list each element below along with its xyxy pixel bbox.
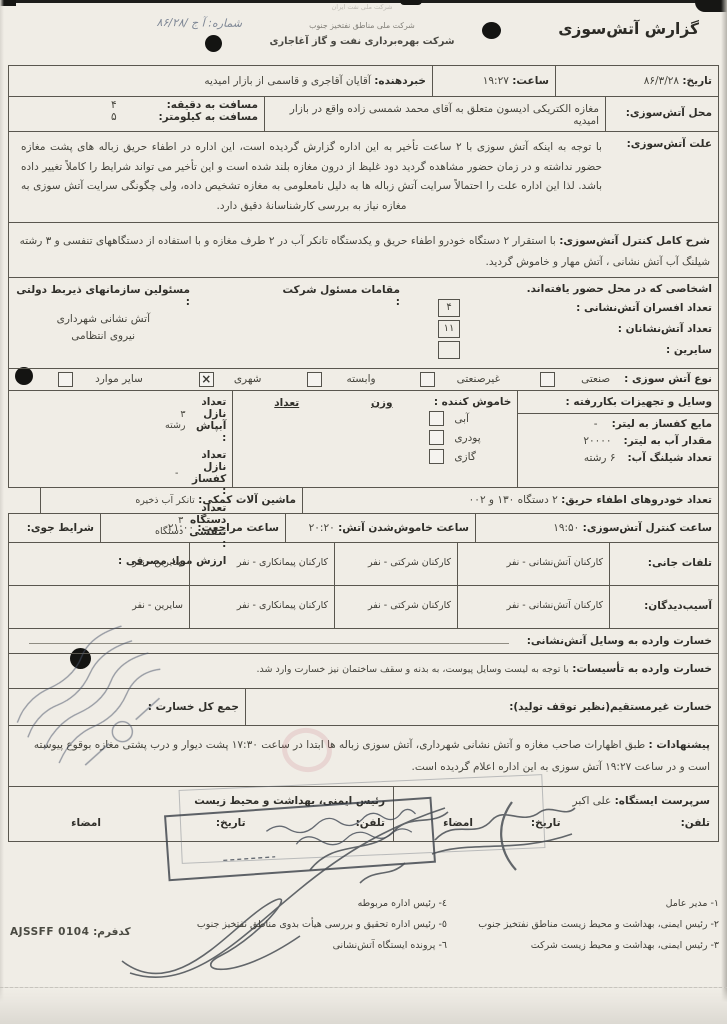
- aux-machinery-field: ماشین آلات کمکی: تانکر آب ذخیره: [41, 488, 303, 513]
- row-fire-type: نوع آتش سوزی : صنعتی غیرصنعتی وابسته شهر…: [8, 368, 719, 391]
- injured-cell: سایرین - نفر: [9, 586, 190, 628]
- row-vehicles: تعداد خودروهای اطفاء حریق: ۲ دستگاه ۱۳۰ …: [40, 487, 719, 514]
- letterhead-company-line2: شرکت بهره‌برداری نفت و گاز آغاجاری: [252, 36, 472, 47]
- return-time-field: ساعت مراجعت: ۲۱:۰۰: [101, 514, 286, 542]
- letterhead: شرکت ملی نفت ایران شرکت ملی مناطق نفتخیز…: [252, 3, 472, 47]
- distribution-left-column: ٤- رئیس اداره مربوطه ٥- رئیس اداره تحقیق…: [155, 893, 447, 956]
- spray-nozzle-label: تعداد نازل آبپاش :: [192, 396, 227, 444]
- equipment-quantities: وسایل و تجهیزات بکاررفته : مایع کفساز به…: [518, 391, 718, 487]
- weight-header: وزن: [371, 397, 393, 409]
- location-value: مغازه الکتریکی ادیسون متعلق به آقای محمد…: [290, 103, 599, 127]
- row-casualties: تلفات جانی: کارکنان آتش‌نشانی - نفر کارک…: [8, 542, 719, 586]
- cause-label: علت آتش‌سوزی:: [627, 138, 712, 150]
- officers-count-box: ۴: [438, 299, 460, 317]
- distribution-right-column: ۱- مدیر عامل ۲- رئیس ایمنی، بهداشت و محی…: [447, 893, 719, 956]
- scan-edge-right: [721, 0, 727, 1024]
- casualties-cell: کارکنان پیمانکاری - نفر: [190, 543, 335, 585]
- location-value-cell: مغازه الکتریکی ادیسون متعلق به آقای محمد…: [265, 97, 606, 131]
- gov-org-item: نیروی انتظامی: [15, 330, 135, 342]
- casualties-cell: سایرین - نفر: [9, 543, 190, 585]
- foam-nozzle-value: -: [175, 468, 178, 479]
- row-times: ساعت کنترل آتش‌سوزی: ۱۹:۵۰ ساعت خاموش‌شد…: [8, 513, 719, 543]
- control-desc-label: شرح کامل کنترل آتش‌سوزی:: [559, 235, 710, 247]
- weight-column: وزن: [340, 391, 423, 487]
- control-time-value: ۱۹:۵۰: [553, 522, 579, 534]
- present-counts: اشخاصی که در محل حضور یافته‌اند. تعداد ا…: [406, 278, 718, 368]
- scan-edge-left: [0, 0, 4, 1024]
- gov-orgs-label: مسئولین سازمانهای ذیربط دولتی :: [15, 284, 190, 308]
- extinguished-time-label: ساعت خاموش‌شدن آتش:: [338, 522, 469, 534]
- distance-km-value: ۵: [111, 111, 117, 123]
- distribution-item: ۱- مدیر عامل: [447, 893, 719, 914]
- casualties-label-cell: تلفات جانی:: [610, 543, 718, 585]
- injured-cell: کارکنان شرکتی - نفر: [335, 586, 458, 628]
- extinguisher-type-gas: گازی: [454, 451, 476, 463]
- extinguisher-label: خاموش کننده :: [429, 396, 511, 408]
- time-label: ساعت:: [512, 75, 549, 87]
- fire-type-checkbox-industrial: [540, 372, 555, 387]
- date-field: تاریخ: ۸۶/۳/۲۸: [556, 66, 718, 96]
- reporter-value: آقایان آقاجری و قاسمی از بازار امیدیه: [204, 75, 370, 87]
- scan-bottom-band: [0, 987, 727, 1024]
- suggestions-text: طبق اظهارات صاحب مغازه و آتش نشانی شهردا…: [34, 739, 710, 773]
- date-label: تاریخ:: [682, 75, 712, 87]
- spray-nozzle-value: ۳ رشته: [165, 409, 186, 431]
- extinguished-time-value: ۲۰:۲۰: [309, 522, 335, 534]
- reporter-field: خبردهنده: آقایان آقاجری و قاسمی از بازار…: [9, 66, 433, 96]
- casualties-cell: کارکنان شرکتی - نفر: [335, 543, 458, 585]
- hse-sign-label: امضاء: [71, 817, 101, 829]
- casualties-label: تلفات جانی:: [648, 557, 712, 569]
- cause-text: با توجه به اینکه آتش سوزی با ۲ ساعت تأخی…: [21, 138, 602, 216]
- water-hose-label: تعداد شیلنگ آب:: [627, 452, 712, 464]
- gov-org-item: آتش نشانی شهرداری: [15, 313, 150, 325]
- extinguisher-checkbox-powder: [429, 430, 444, 445]
- control-time-label: ساعت کنترل آتش‌سوزی:: [583, 522, 712, 534]
- row-fire-cause: علت آتش‌سوزی: با توجه به اینکه آتش سوزی …: [8, 131, 719, 223]
- time-field: ساعت: ۱۹:۲۷: [433, 66, 556, 96]
- casualties-cell: کارکنان آتش‌نشانی - نفر: [458, 543, 610, 585]
- weather-label: شرایط جوی:: [27, 522, 94, 534]
- present-header: اشخاصی که در محل حضور یافته‌اند.: [412, 283, 712, 295]
- distance-minutes-label: مسافت به دقیقه:: [167, 99, 258, 111]
- row-equipment-used: وسایل و تجهیزات بکاررفته : مایع کفساز به…: [8, 390, 719, 488]
- extinguisher-type-water: آبی: [454, 413, 469, 425]
- water-hose-value: ۶ رشته: [584, 452, 616, 464]
- letterhead-faint-line: شرکت ملی نفت ایران: [252, 3, 472, 12]
- scanned-fire-report: گزارش آتش‌سوزی شرکت ملی نفت ایران شرکت م…: [0, 0, 727, 1024]
- count-header: تعداد: [274, 397, 299, 409]
- damage-fd-label: خسارت وارده به وسایل آتش‌نشانی:: [527, 633, 712, 647]
- row-fire-location: محل آتش‌سوزی: مغازه الکتریکی ادیسون متعل…: [8, 96, 719, 132]
- fire-type-option-affiliated: وابسته: [346, 373, 375, 385]
- others-count-label: سایرین :: [666, 344, 712, 356]
- form-code-value: AJSSFF 0104: [10, 926, 89, 938]
- page-title: گزارش آتش‌سوزی: [558, 20, 699, 38]
- distribution-item: ٦- پرونده ایستگاه آتش‌نشانی: [155, 935, 447, 956]
- damage-facilities-label: خسارت وارده به تأسیسات:: [572, 663, 712, 675]
- station-supervisor-name: علی اکبر: [573, 795, 612, 807]
- indirect-damage-label: خسارت غیرمستقیم(نظیر توقف تولید):: [509, 701, 712, 713]
- extinguisher-column: خاموش کننده : آبی پودری گازی: [423, 391, 518, 487]
- fire-type-checkbox-nonindustrial: [420, 372, 435, 387]
- row-people-present: اشخاصی که در محل حضور یافته‌اند. تعداد ا…: [8, 277, 719, 369]
- distribution-item: ۲- رئیس ایمنی، بهداشت و محیط زیست مناطق …: [447, 914, 719, 935]
- row-control-description: شرح کامل کنترل آتش‌سوزی: با استقرار ۲ دس…: [8, 222, 719, 278]
- distance-minutes-value: ۴: [111, 99, 117, 111]
- fire-type-checkbox-urban: ×: [199, 372, 214, 387]
- injured-cell: کارکنان آتش‌نشانی - نفر: [458, 586, 610, 628]
- fire-type-option-urban: شهری: [234, 373, 262, 385]
- extinguished-time-field: ساعت خاموش‌شدن آتش: ۲۰:۲۰: [286, 514, 476, 542]
- distance-cell: مسافت به دقیقه: ۴ مسافت به کیلومتر: ۵: [9, 97, 265, 131]
- form-code: کدفرم: AJSSFF 0104: [10, 926, 131, 938]
- distribution-item: ٥- رئیس اداره تحقیق و بررسی هیأت بدوی من…: [155, 914, 447, 935]
- hole-punch-dot: [482, 22, 501, 39]
- nozzle-column: تعداد نازل آبپاش : ۳ رشته تعداد نازل کفس…: [9, 391, 233, 487]
- station-phone-label: تلفن:: [681, 817, 710, 829]
- distribution-item: ۳- رئیس ایمنی، بهداشت و محیط زیست شرکت: [447, 935, 719, 956]
- injured-label-cell: آسیب‌دیدگان:: [610, 586, 718, 628]
- aux-machinery-value: تانکر آب ذخیره: [135, 495, 194, 506]
- water-amount-label: مقدار آب به لیتر:: [624, 435, 712, 447]
- station-supervisor-label: سرپرست ایستگاه:: [615, 795, 710, 807]
- letterhead-company-line1: شرکت ملی مناطق نفتخیز جنوب: [252, 21, 472, 30]
- form-code-label: کدفرم:: [93, 926, 130, 938]
- extinguisher-checkbox-water: [429, 411, 444, 426]
- fire-type-label: نوع آتش سوزی :: [624, 373, 712, 385]
- gov-organizations: مسئولین سازمانهای ذیربط دولتی : آتش نشان…: [9, 278, 276, 368]
- extinguisher-type-powder: پودری: [454, 432, 480, 444]
- vehicles-label: تعداد خودروهای اطفاء حریق:: [561, 494, 712, 506]
- fire-type-checkbox-affiliated: [307, 372, 322, 387]
- weather-field: شرایط جوی:: [9, 514, 101, 542]
- foam-liquid-value: -: [594, 418, 598, 430]
- count-column: تعداد: [233, 391, 340, 487]
- location-label: محل آتش‌سوزی:: [626, 107, 712, 119]
- firefighters-count-label: تعداد آتش‌نشانان :: [618, 323, 712, 335]
- water-amount-value: ۲۰۰۰۰: [583, 435, 611, 447]
- firefighters-count-box: ۱۱: [438, 320, 460, 338]
- fire-type-option-nonindustrial: غیرصنعتی: [457, 373, 501, 385]
- distribution-item: ٤- رئیس اداره مربوطه: [155, 893, 447, 914]
- damage-facilities-value: با توجه به لیست وسایل پیوست، به بدنه و س…: [256, 664, 568, 675]
- hole-punch-dot: [205, 35, 222, 52]
- fire-type-option-industrial: صنعتی: [581, 373, 610, 385]
- foam-liquid-label: مایع کفساز به لیتر:: [612, 418, 712, 430]
- injured-label: آسیب‌دیدگان:: [644, 600, 712, 612]
- distance-km-label: مسافت به کیلومتر:: [158, 111, 258, 123]
- fire-type-checkbox-other: [58, 372, 73, 387]
- officers-count-label: تعداد افسران آتش‌نشانی :: [576, 302, 712, 314]
- suggestions-label: پیشنهادات :: [649, 739, 710, 751]
- indirect-damage-field: خسارت غیرمستقیم(نظیر توقف تولید):: [246, 689, 718, 725]
- row-date-time-reporter: تاریخ: ۸۶/۳/۲۸ ساعت: ۱۹:۲۷ خبردهنده: آقا…: [8, 65, 719, 97]
- distribution-list: ۱- مدیر عامل ۲- رئیس ایمنی، بهداشت و محی…: [8, 893, 719, 956]
- extinguisher-checkbox-gas: [429, 449, 444, 464]
- location-label-cell: محل آتش‌سوزی:: [606, 97, 718, 131]
- fire-type-option-other: سایر موارد: [95, 373, 143, 385]
- injured-cell: کارکنان پیمانکاری - نفر: [190, 586, 335, 628]
- aux-machinery-label: ماشین آلات کمکی:: [198, 494, 296, 506]
- vehicles-field: تعداد خودروهای اطفاء حریق: ۲ دستگاه ۱۳۰ …: [303, 488, 718, 513]
- return-time-label: ساعت مراجعت:: [197, 522, 279, 534]
- return-time-value: ۲۱:۰۰: [168, 522, 194, 534]
- equipment-header: وسایل و تجهیزات بکاررفته :: [518, 391, 718, 414]
- company-officials-label: مقامات مسئول شرکت :: [282, 284, 400, 308]
- company-officials: مقامات مسئول شرکت :: [276, 278, 406, 368]
- control-time-field: ساعت کنترل آتش‌سوزی: ۱۹:۵۰: [476, 514, 718, 542]
- date-value: ۸۶/۳/۲۸: [644, 75, 679, 87]
- time-value: ۱۹:۲۷: [483, 75, 509, 87]
- handwritten-serial-number: شماره: آ ج /۸۶/۲۸: [72, 15, 242, 30]
- others-count-box: [438, 341, 460, 359]
- reporter-label: خبردهنده:: [374, 75, 426, 87]
- vehicles-value: ۲ دستگاه ۱۳۰ و ۰۰۲: [469, 494, 558, 506]
